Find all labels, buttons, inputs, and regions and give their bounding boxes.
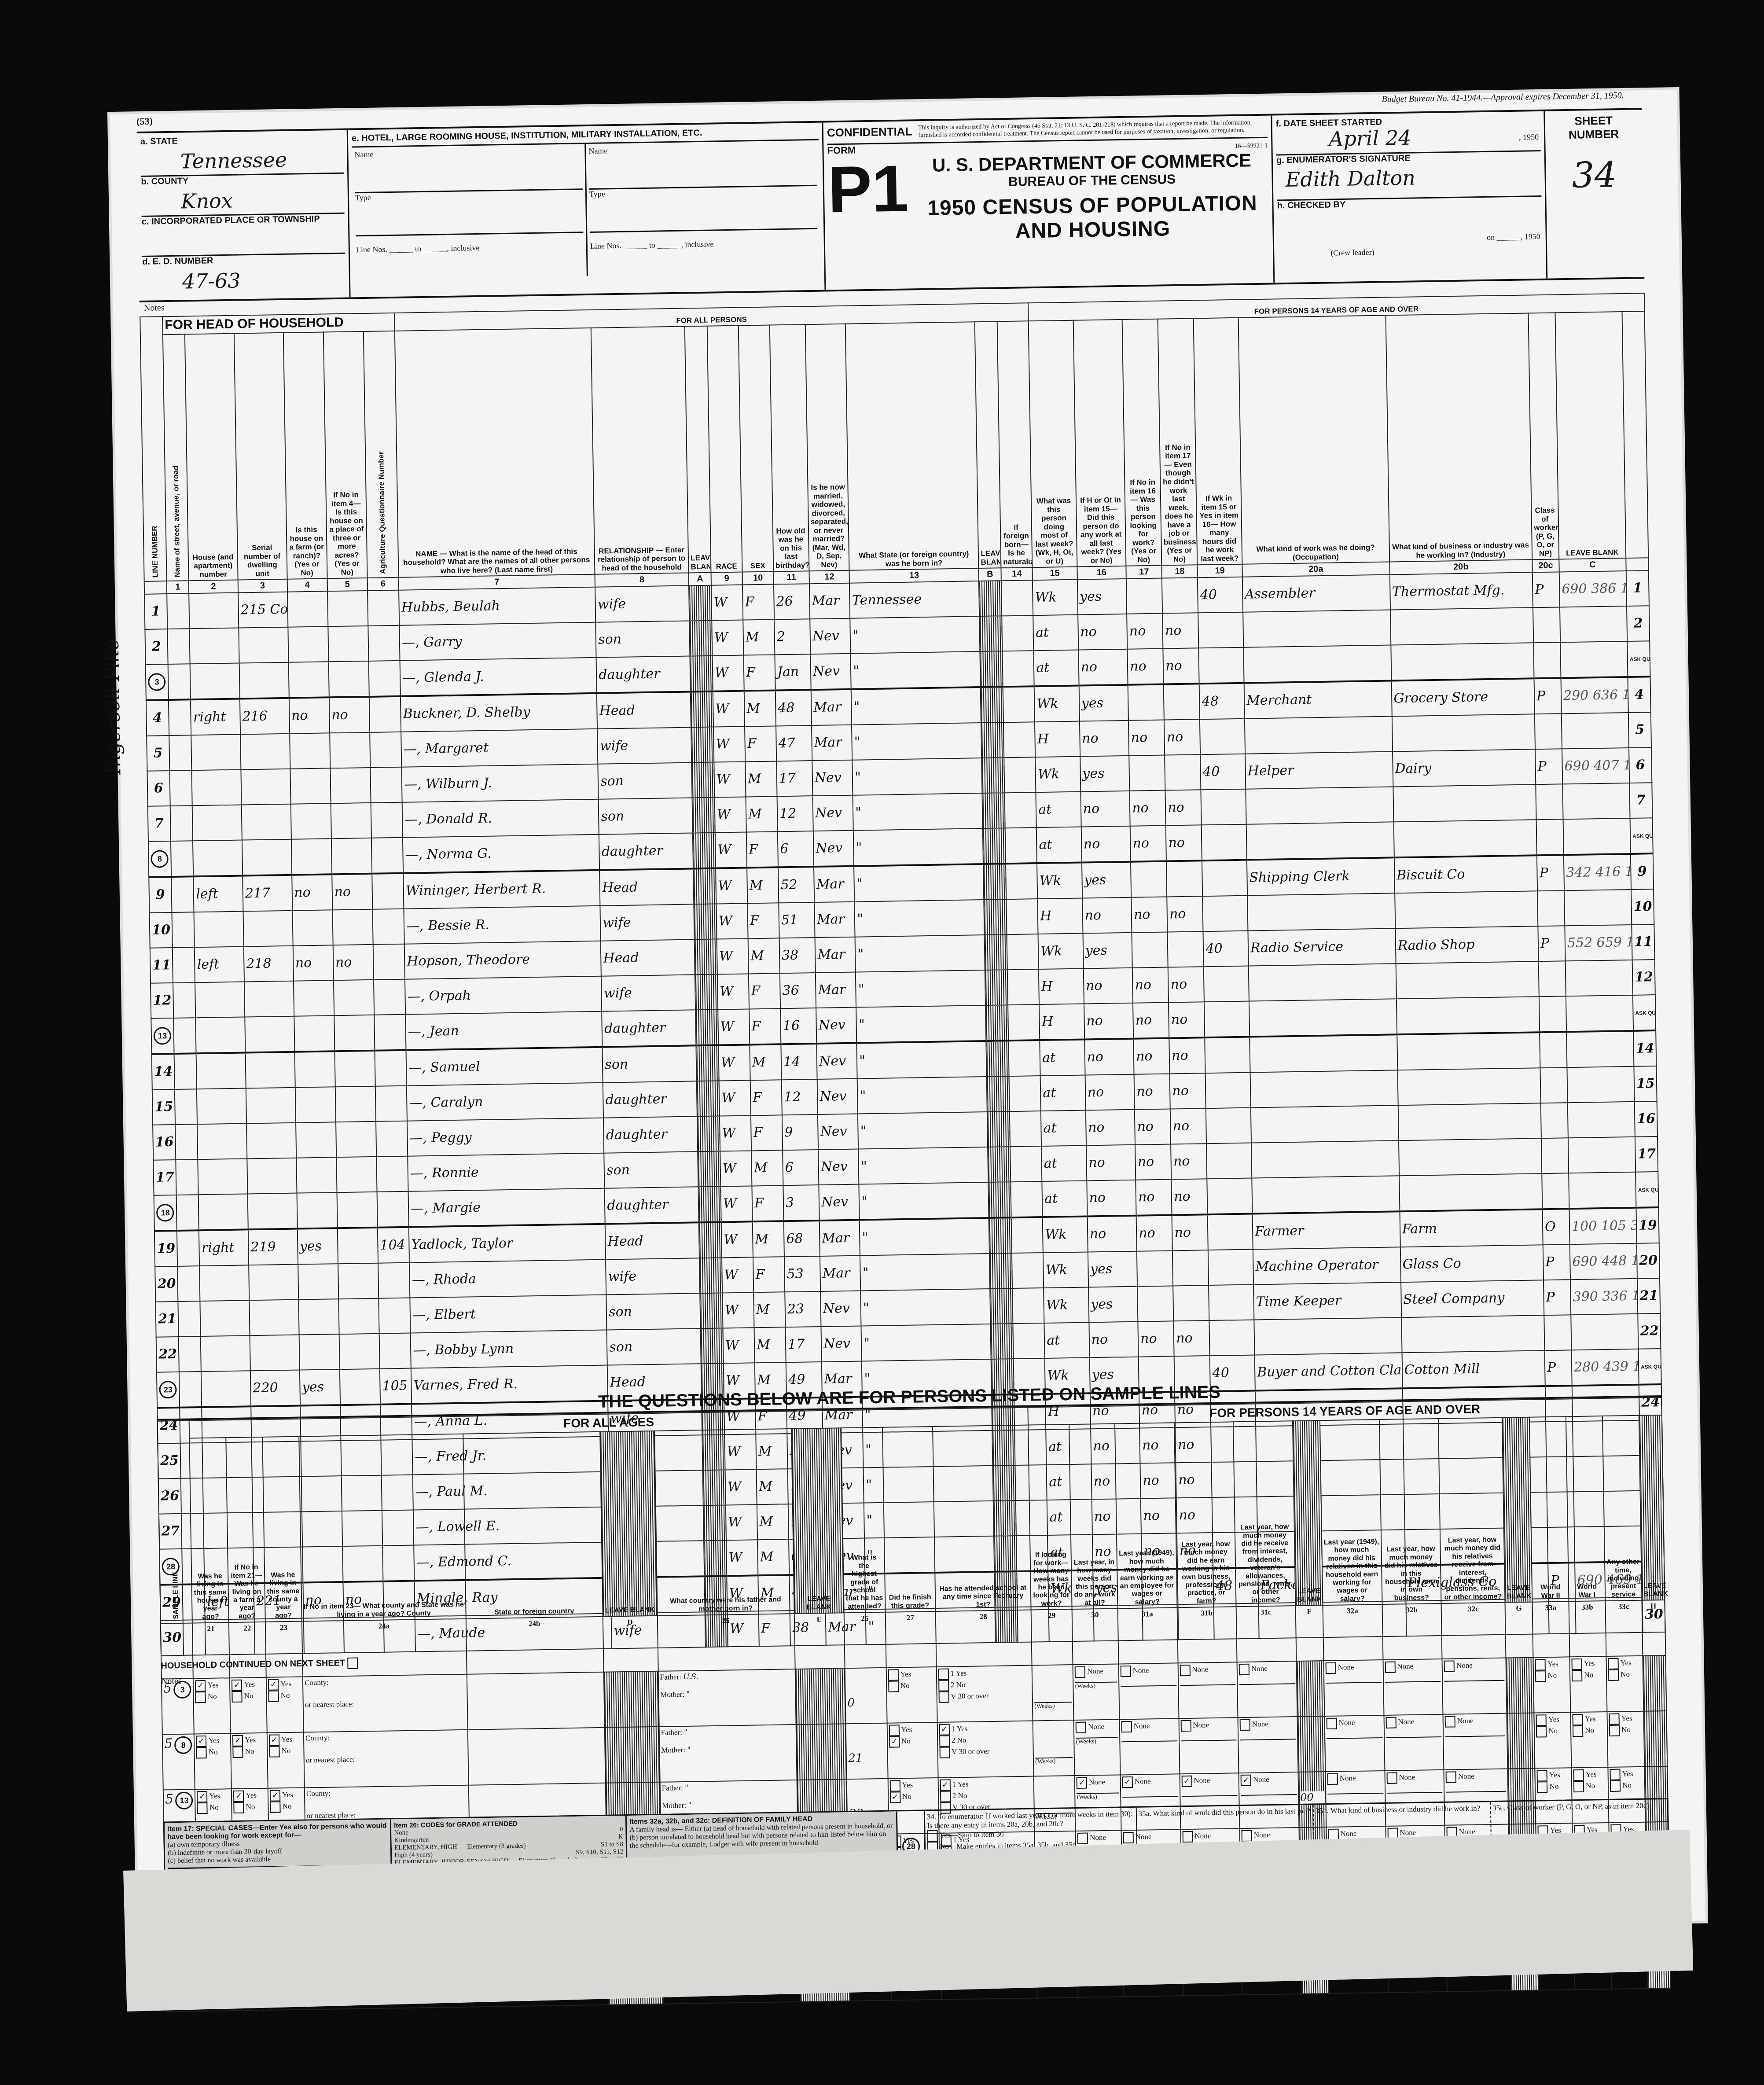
cell-farm bbox=[298, 1264, 339, 1299]
cell-nat bbox=[1005, 792, 1036, 828]
no-checkbox[interactable] bbox=[195, 1692, 206, 1703]
cell-birthplace: " bbox=[850, 616, 980, 654]
cell-agri bbox=[375, 1085, 407, 1121]
cell-agri bbox=[374, 979, 405, 1015]
no-checkbox[interactable] bbox=[888, 1681, 899, 1692]
cell-looking: no bbox=[1130, 825, 1166, 861]
cell-occupation bbox=[1246, 787, 1393, 824]
leave-blank-cell bbox=[981, 687, 1003, 723]
cell-name: —, Garry bbox=[399, 622, 596, 660]
cell-birthplace: " bbox=[858, 1147, 988, 1184]
school-yes-checkbox[interactable]: ✓ bbox=[939, 1724, 949, 1736]
cell-farm bbox=[288, 662, 329, 698]
cell-looking: no bbox=[1138, 1321, 1174, 1357]
sample-line-badge: 13 bbox=[154, 1027, 172, 1045]
cell-marital: Mar bbox=[814, 866, 855, 902]
yes-checkbox[interactable] bbox=[1573, 1769, 1584, 1781]
no-checkbox[interactable] bbox=[1572, 1670, 1582, 1681]
cell-work: no bbox=[1089, 1321, 1139, 1357]
cell-street bbox=[175, 1124, 198, 1160]
cell-marital: Mar bbox=[812, 724, 853, 760]
none-checkbox[interactable]: ✓ bbox=[1122, 1776, 1133, 1788]
school-yes-checkbox[interactable] bbox=[938, 1669, 948, 1680]
cell-age: 16 bbox=[780, 1008, 816, 1044]
cell-acres bbox=[337, 1191, 378, 1228]
yes-checkbox[interactable]: ✓ bbox=[232, 1735, 243, 1747]
cell-class: P bbox=[1535, 749, 1562, 784]
school-30-checkbox[interactable] bbox=[939, 1747, 950, 1758]
yes-checkbox[interactable] bbox=[1572, 1658, 1582, 1670]
sample-cell: None bbox=[1118, 1663, 1179, 1720]
line-number: 8 bbox=[148, 841, 171, 877]
cell-activity: at bbox=[1036, 827, 1082, 863]
cell-marital: Mar bbox=[809, 583, 850, 618]
cell-industry bbox=[1396, 961, 1539, 999]
cell-occupation bbox=[1251, 1105, 1399, 1143]
cell-race: W bbox=[713, 726, 745, 762]
leave-blank-cell bbox=[696, 1045, 719, 1081]
leave-blank-cell bbox=[698, 1151, 720, 1187]
cell-nat bbox=[1006, 899, 1038, 934]
no-checkbox[interactable] bbox=[233, 1747, 243, 1758]
cell-sex: F bbox=[742, 584, 774, 620]
cell-serial bbox=[240, 733, 290, 769]
yes-checkbox[interactable] bbox=[889, 1780, 900, 1791]
cell-house: right bbox=[191, 699, 240, 735]
leave-blank-cell bbox=[988, 1147, 1011, 1182]
yes-checkbox[interactable] bbox=[889, 1725, 899, 1736]
no-checkbox[interactable] bbox=[1609, 1725, 1620, 1736]
no-checkbox[interactable] bbox=[1536, 1726, 1547, 1737]
line-number-right: 1 bbox=[1626, 570, 1649, 606]
cell-industry bbox=[1393, 784, 1536, 822]
cell-industry bbox=[1398, 1138, 1542, 1176]
none-checkbox[interactable] bbox=[1180, 1720, 1191, 1732]
sample-cell: None bbox=[1238, 1717, 1298, 1773]
cell-age: 14 bbox=[781, 1044, 817, 1080]
sample-col-27-header: Did he finish this grade? bbox=[882, 1427, 936, 1612]
ed-number-value: 47-63 bbox=[182, 268, 241, 293]
line-number-right: 14 bbox=[1633, 1030, 1656, 1066]
school-yes-checkbox[interactable]: ✓ bbox=[940, 1780, 950, 1791]
none-checkbox[interactable] bbox=[1385, 1717, 1396, 1728]
cell-acres bbox=[334, 1015, 375, 1051]
sample-cell: 1 Yes2 NoV 30 or over bbox=[936, 1666, 1033, 1722]
cell-birthplace: " bbox=[859, 1182, 989, 1220]
ed-number-field: d. E. D. NUMBER 47-63 bbox=[142, 254, 345, 296]
cell-hours: 40 bbox=[1198, 577, 1243, 613]
leave-blank-cell bbox=[991, 1324, 1014, 1359]
cell-rel: daughter bbox=[603, 1116, 698, 1153]
yes-checkbox[interactable] bbox=[1573, 1714, 1583, 1725]
cell-job bbox=[1172, 1250, 1209, 1286]
leave-blank-cell bbox=[983, 828, 1006, 864]
cell-hours bbox=[1205, 1072, 1251, 1108]
no-checkbox[interactable] bbox=[270, 1802, 280, 1813]
no-checkbox[interactable]: ✓ bbox=[889, 1736, 900, 1747]
cell-job: no bbox=[1165, 790, 1202, 825]
weeks-none-checkbox[interactable]: ✓ bbox=[1077, 1777, 1087, 1789]
yes-checkbox[interactable]: ✓ bbox=[196, 1736, 206, 1747]
sheet-header: (53) a. STATE Tennessee b. COUNTY Knox c… bbox=[137, 108, 1645, 302]
cell-code: 100 105 3 bbox=[1569, 1207, 1636, 1244]
cell-birthplace: " bbox=[856, 1005, 986, 1043]
weeks-none-checkbox[interactable] bbox=[1075, 1666, 1085, 1678]
cell-code bbox=[1564, 889, 1632, 925]
cell-industry bbox=[1390, 607, 1534, 645]
line-number-right: 20 bbox=[1637, 1243, 1660, 1279]
cell-name: —, Wilburn J. bbox=[401, 764, 598, 802]
cell-work: yes bbox=[1083, 932, 1132, 968]
cell-race: W bbox=[717, 938, 749, 974]
cell-industry bbox=[1391, 643, 1534, 680]
cell-street bbox=[169, 735, 192, 771]
no-checkbox[interactable] bbox=[1535, 1670, 1546, 1682]
cell-marital: Mar bbox=[820, 1220, 860, 1256]
cell-sex: F bbox=[751, 1115, 783, 1151]
line-number: 11 bbox=[150, 948, 173, 983]
cell-house: right bbox=[199, 1229, 249, 1266]
cell-marital: Nev bbox=[813, 830, 854, 866]
line-number-right: 6 bbox=[1629, 747, 1652, 783]
yes-checkbox[interactable] bbox=[1535, 1659, 1546, 1670]
line-number: 14 bbox=[152, 1053, 175, 1089]
sample-col-32c-header: Last year, how much money did his relati… bbox=[1438, 1418, 1505, 1603]
cell-work: no bbox=[1078, 649, 1128, 685]
cell-work: no bbox=[1080, 720, 1129, 756]
cell-nat bbox=[1003, 651, 1034, 687]
cell-job: no bbox=[1167, 896, 1203, 932]
ask-questions-below: ASK QUES. BELOW bbox=[1641, 1364, 1661, 1370]
col-20c-header: Class of worker (P, G, O, or NP) bbox=[1529, 313, 1559, 559]
cell-code bbox=[1560, 606, 1627, 642]
cell-age: 68 bbox=[784, 1220, 820, 1256]
cell-street bbox=[172, 947, 195, 983]
cell-industry bbox=[1393, 820, 1537, 857]
cell-name: —, Ronnie bbox=[408, 1153, 604, 1191]
cell-race: W bbox=[717, 974, 749, 1009]
none-checkbox[interactable] bbox=[1239, 1664, 1249, 1675]
school-no-checkbox[interactable] bbox=[939, 1736, 950, 1747]
none-checkbox[interactable] bbox=[1121, 1721, 1132, 1732]
budget-note: Budget Bureau No. 41-1944.—Approval expi… bbox=[1382, 91, 1624, 105]
sample-cell: (Weeks) bbox=[1032, 1665, 1074, 1721]
sample-cell: ✓Yes No bbox=[194, 1733, 232, 1789]
weeks-none-checkbox[interactable] bbox=[1076, 1722, 1086, 1733]
yes-checkbox[interactable]: ✓ bbox=[233, 1791, 244, 1802]
cell-class: P bbox=[1537, 855, 1564, 891]
cell-occupation: Merchant bbox=[1244, 680, 1392, 718]
cell-serial bbox=[250, 1335, 300, 1371]
sample-col-25-header: What country were his father and mother … bbox=[654, 1429, 794, 1616]
cell-industry: Grocery Store bbox=[1391, 678, 1535, 716]
cell-birthplace: " bbox=[854, 864, 984, 902]
cell-street bbox=[176, 1159, 198, 1195]
sample-col-22-header: If No in item 21— Was he living on a far… bbox=[226, 1437, 265, 1622]
cell-sex: M bbox=[753, 1292, 785, 1327]
sample-col-24b-header: State or foreign country bbox=[463, 1432, 603, 1619]
sample-cell: ✓Yes No bbox=[231, 1733, 268, 1789]
no-checkbox[interactable] bbox=[1610, 1780, 1621, 1792]
cell-acres: no bbox=[329, 696, 370, 732]
sheet-number: 34 bbox=[1549, 154, 1639, 196]
cell-agri bbox=[372, 908, 404, 944]
cell-nat bbox=[1011, 1181, 1042, 1217]
cell-sex: F bbox=[749, 1008, 781, 1044]
line-number-right: ASK QUES. BELOW bbox=[1630, 818, 1653, 854]
no-checkbox[interactable] bbox=[196, 1747, 207, 1758]
cell-looking: no bbox=[1135, 1109, 1171, 1144]
leave-blank-cell bbox=[981, 722, 1004, 758]
yes-checkbox[interactable] bbox=[1609, 1714, 1620, 1725]
cell-name: —, Glenda J. bbox=[400, 657, 597, 696]
leave-blank-cell bbox=[980, 651, 1003, 687]
cell-code bbox=[1566, 995, 1633, 1031]
cell-sex: F bbox=[752, 1185, 783, 1221]
cell-name: —, Peggy bbox=[407, 1118, 604, 1156]
sample-col-24a-header: If No in item 23— What county and State … bbox=[299, 1434, 466, 1622]
none-checkbox[interactable] bbox=[1446, 1772, 1456, 1783]
cell-industry bbox=[1392, 714, 1535, 751]
cell-work: no bbox=[1087, 1215, 1137, 1252]
sample-col-33b-header: World War I bbox=[1566, 1416, 1605, 1601]
cell-work: no bbox=[1078, 614, 1128, 650]
sample-col-31a-header: Last year (1949), how much money did he … bbox=[1115, 1423, 1177, 1609]
line-number: 9 bbox=[149, 877, 172, 913]
none-checkbox[interactable] bbox=[1445, 1716, 1455, 1728]
cell-serial bbox=[246, 1087, 296, 1123]
cell-industry bbox=[1397, 1068, 1541, 1105]
cell-acres bbox=[336, 1121, 377, 1157]
cell-industry: Farm bbox=[1400, 1209, 1543, 1247]
cell-occupation bbox=[1254, 1317, 1402, 1355]
none-checkbox[interactable] bbox=[1385, 1662, 1395, 1673]
cell-marital: Nev bbox=[810, 618, 851, 654]
line-number: 12 bbox=[151, 983, 173, 1019]
none-checkbox[interactable] bbox=[1327, 1773, 1338, 1785]
cell-nat bbox=[1002, 615, 1033, 651]
no-checkbox[interactable] bbox=[1608, 1669, 1619, 1681]
cell-rel: son bbox=[596, 621, 690, 657]
cell-job: no bbox=[1163, 648, 1199, 684]
cell-race: W bbox=[718, 1044, 750, 1081]
cell-agri bbox=[376, 1156, 408, 1191]
cell-birthplace: " bbox=[855, 935, 985, 972]
cell-work: no bbox=[1082, 897, 1132, 933]
cell-activity: at bbox=[1041, 1145, 1087, 1181]
cell-age: 6 bbox=[778, 831, 814, 867]
cell-marital: Nev bbox=[821, 1326, 862, 1361]
cell-hours bbox=[1207, 1178, 1253, 1214]
no-checkbox[interactable] bbox=[1537, 1781, 1547, 1793]
leave-blank-cell bbox=[987, 1076, 1010, 1112]
no-checkbox[interactable] bbox=[268, 1691, 279, 1702]
cell-age: 17 bbox=[776, 761, 812, 796]
no-checkbox[interactable] bbox=[234, 1802, 244, 1813]
cell-nat bbox=[1012, 1253, 1044, 1288]
cell-house bbox=[198, 1158, 248, 1195]
enumerator-field: g. ENUMERATOR'S SIGNATURE Edith Dalton bbox=[1276, 151, 1542, 201]
cell-class bbox=[1537, 890, 1565, 926]
cell-farm bbox=[296, 1157, 337, 1193]
yes-checkbox[interactable] bbox=[1608, 1658, 1619, 1669]
cell-looking: no bbox=[1136, 1179, 1172, 1215]
cell-hours bbox=[1209, 1284, 1254, 1320]
school-no-checkbox[interactable] bbox=[940, 1791, 951, 1802]
none-checkbox[interactable] bbox=[1444, 1661, 1455, 1672]
sample-col-29-header: If looking for work— How many weeks has … bbox=[1028, 1424, 1072, 1610]
leave-blank-cell bbox=[1297, 1716, 1325, 1772]
sample-cell: ✓Yes No bbox=[267, 1732, 305, 1788]
cell-job bbox=[1165, 754, 1201, 790]
no-checkbox[interactable] bbox=[1573, 1781, 1584, 1792]
cell-farm bbox=[294, 1015, 335, 1052]
yes-checkbox[interactable]: ✓ bbox=[232, 1680, 242, 1691]
cell-age: 47 bbox=[776, 725, 812, 761]
cell-activity: at bbox=[1036, 791, 1081, 827]
cell-rel: daughter bbox=[605, 1187, 699, 1224]
q34-yes-checkbox[interactable] bbox=[927, 1830, 937, 1842]
none-checkbox[interactable]: ✓ bbox=[1241, 1775, 1251, 1786]
no-checkbox[interactable] bbox=[1573, 1725, 1583, 1737]
cell-work: yes bbox=[1088, 1286, 1138, 1322]
no-checkbox[interactable]: ✓ bbox=[890, 1791, 900, 1803]
yes-checkbox[interactable]: ✓ bbox=[195, 1680, 206, 1692]
cell-marital: Nev bbox=[813, 795, 854, 831]
cell-looking bbox=[1131, 861, 1167, 897]
cell-farm: no bbox=[289, 697, 330, 733]
cell-class bbox=[1533, 607, 1560, 643]
none-checkbox[interactable] bbox=[1121, 1666, 1131, 1677]
col-15-header: What was this person doing most of last … bbox=[1029, 320, 1077, 567]
line-number: 17 bbox=[153, 1159, 176, 1195]
no-checkbox[interactable] bbox=[197, 1802, 208, 1814]
cell-house bbox=[193, 840, 243, 876]
cell-age: 38 bbox=[779, 938, 816, 973]
cell-age: 52 bbox=[778, 867, 814, 903]
yes-checkbox[interactable] bbox=[888, 1669, 898, 1681]
cell-house bbox=[190, 663, 240, 699]
school-no-checkbox[interactable] bbox=[938, 1680, 949, 1692]
sample-col-33c-header: Any other time, including present servic… bbox=[1602, 1416, 1642, 1601]
cell-age: 12 bbox=[777, 796, 813, 831]
cell-class bbox=[1544, 1315, 1571, 1350]
line-number-right: 16 bbox=[1635, 1101, 1657, 1137]
cell-marital: Nev bbox=[817, 1078, 858, 1114]
none-checkbox[interactable] bbox=[1386, 1772, 1397, 1784]
cell-serial bbox=[241, 769, 290, 805]
sample-line-badge: 8 bbox=[151, 850, 169, 868]
none-checkbox[interactable] bbox=[1326, 1662, 1336, 1674]
no-checkbox[interactable] bbox=[269, 1746, 279, 1758]
cell-serial: 215 Cont bbox=[238, 592, 288, 628]
cell-nat bbox=[1007, 969, 1039, 1005]
cell-code bbox=[1569, 1172, 1636, 1208]
none-checkbox[interactable]: ✓ bbox=[1181, 1776, 1192, 1787]
cell-agri bbox=[379, 1298, 410, 1333]
yes-checkbox[interactable]: ✓ bbox=[269, 1735, 279, 1746]
form-code: (53) bbox=[136, 115, 153, 127]
cell-looking: no bbox=[1133, 1038, 1169, 1074]
cell-occupation bbox=[1246, 822, 1394, 860]
cell-serial bbox=[243, 910, 293, 946]
leave-blank-cell bbox=[795, 1668, 846, 1725]
cell-looking: no bbox=[1128, 648, 1164, 684]
cell-marital: Nev bbox=[819, 1184, 860, 1220]
yes-checkbox[interactable] bbox=[1536, 1714, 1547, 1726]
cell-serial bbox=[247, 1158, 297, 1194]
cell-race: W bbox=[711, 585, 743, 620]
col-20a-header: What kind of work was he doing? (Occupat… bbox=[1238, 315, 1389, 564]
none-checkbox[interactable] bbox=[1327, 1718, 1337, 1729]
col-7-header: NAME — What is the name of the head of t… bbox=[395, 327, 595, 577]
yes-checkbox[interactable] bbox=[1537, 1770, 1547, 1781]
cell-farm bbox=[295, 1087, 336, 1122]
cell-house bbox=[190, 628, 239, 664]
cell-hours bbox=[1198, 612, 1244, 648]
cell-house bbox=[198, 1194, 248, 1230]
sample-col-H-header: LEAVE BLANK bbox=[1639, 1415, 1665, 1600]
none-checkbox[interactable] bbox=[1180, 1665, 1190, 1676]
yes-checkbox[interactable]: ✓ bbox=[197, 1791, 207, 1802]
cell-work: no bbox=[1085, 1109, 1135, 1145]
cell-work: no bbox=[1084, 1003, 1134, 1039]
cell-street bbox=[178, 1336, 201, 1372]
cell-rel: wife bbox=[595, 585, 689, 622]
cell-job bbox=[1162, 577, 1198, 613]
cell-agri bbox=[368, 625, 400, 661]
cell-agri bbox=[376, 1121, 408, 1156]
yes-checkbox[interactable] bbox=[1610, 1769, 1621, 1780]
cell-marital: Mar bbox=[811, 689, 852, 725]
cell-activity: Wk bbox=[1043, 1216, 1088, 1253]
cell-code bbox=[1568, 1136, 1635, 1173]
sample-col-26-header: What is the highest grade of school that… bbox=[842, 1427, 886, 1613]
cell-farm bbox=[298, 1299, 339, 1335]
no-checkbox[interactable] bbox=[232, 1691, 243, 1703]
cell-name: Buckner, D. Shelby bbox=[401, 693, 597, 732]
cell-class bbox=[1536, 784, 1563, 820]
cell-agri bbox=[374, 1014, 406, 1050]
cell-nat bbox=[1004, 757, 1036, 793]
cell-marital: Nev bbox=[812, 760, 853, 795]
none-checkbox[interactable] bbox=[1240, 1719, 1250, 1731]
cell-name: —, Jean bbox=[405, 1011, 602, 1050]
col-C-header: LEAVE BLANK bbox=[1555, 312, 1626, 559]
cell-nat bbox=[1007, 934, 1039, 970]
yes-checkbox[interactable]: ✓ bbox=[270, 1790, 280, 1802]
cell-occupation: Machine Operator bbox=[1253, 1247, 1401, 1284]
place-field: c. INCORPORATED PLACE OR TOWNSHIP bbox=[142, 214, 345, 257]
sample-col-23-header: Was he living in this same county a year… bbox=[262, 1437, 301, 1622]
yes-checkbox[interactable]: ✓ bbox=[268, 1679, 279, 1691]
cell-hours bbox=[1205, 1037, 1250, 1073]
sample-cell: Yes No bbox=[1533, 1657, 1571, 1713]
school-30-checkbox[interactable] bbox=[938, 1692, 949, 1703]
cell-nat bbox=[1012, 1288, 1044, 1324]
cell-nat bbox=[1010, 1111, 1041, 1147]
cell-name: —, Bobby Lynn bbox=[411, 1330, 607, 1368]
cell-occupation: Farmer bbox=[1252, 1211, 1400, 1249]
cell-race: W bbox=[722, 1292, 754, 1328]
institution-col-1: Name Type Line Nos. ______ to ______, in… bbox=[352, 144, 588, 279]
col-18-header: If No in item 17— Even though he didn't … bbox=[1158, 318, 1198, 565]
cell-birthplace: Tennessee bbox=[849, 581, 979, 618]
cell-class bbox=[1541, 1103, 1568, 1138]
cell-nat bbox=[1005, 827, 1037, 864]
cell-farm bbox=[290, 768, 331, 804]
cell-activity: Wk bbox=[1043, 1252, 1088, 1288]
